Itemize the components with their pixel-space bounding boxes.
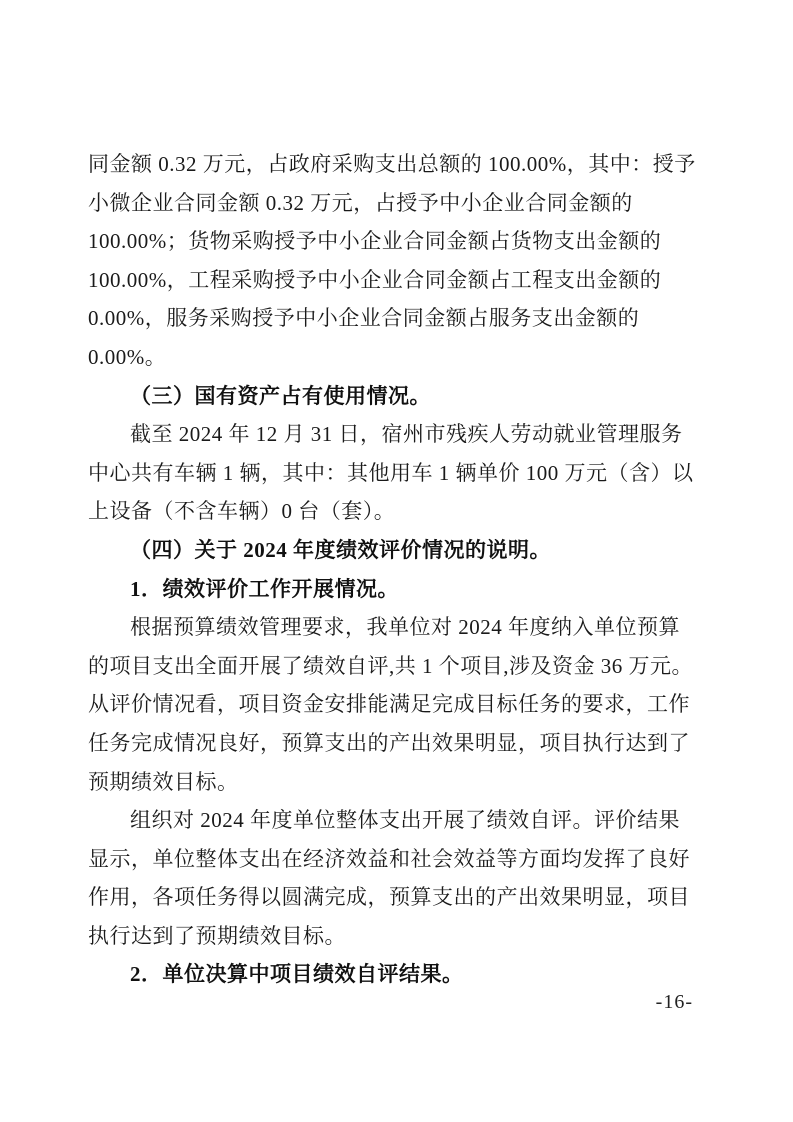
body-line: 组织对 2024 年度单位整体支出开展了绩效自评。评价结果 <box>88 801 705 840</box>
body-line: 从评价情况看，项目资金安排能满足完成目标任务的要求，工作 <box>88 685 705 724</box>
section-heading-state-assets: （三）国有资产占有使用情况。 <box>88 377 705 416</box>
body-line: 中心共有车辆 1 辆，其中：其他用车 1 辆单价 100 万元（含）以 <box>88 454 705 493</box>
body-line: 0.00%，服务采购授予中小企业合同金额占服务支出金额的 <box>88 299 705 338</box>
document-body: 同金额 0.32 万元，占政府采购支出总额的 100.00%，其中：授予 小微企… <box>88 145 705 994</box>
section-heading-performance-evaluation: （四）关于 2024 年度绩效评价情况的说明。 <box>88 531 705 570</box>
body-line: 作用，各项任务得以圆满完成，预算支出的产出效果明显，项目 <box>88 878 705 917</box>
document-page: 同金额 0.32 万元，占政府采购支出总额的 100.00%，其中：授予 小微企… <box>0 0 793 1122</box>
body-line: 的项目支出全面开展了绩效自评,共 1 个项目,涉及资金 36 万元。 <box>88 647 705 686</box>
page-number: -16- <box>656 991 693 1014</box>
body-line: 任务完成情况良好，预算支出的产出效果明显，项目执行达到了 <box>88 724 705 763</box>
subsection-heading-self-evaluation-results: 2．单位决算中项目绩效自评结果。 <box>88 955 705 994</box>
body-line: 上设备（不含车辆）0 台（套）。 <box>88 492 705 531</box>
body-line: 显示，单位整体支出在经济效益和社会效益等方面均发挥了良好 <box>88 840 705 879</box>
body-line: 同金额 0.32 万元，占政府采购支出总额的 100.00%，其中：授予 <box>88 145 705 184</box>
body-line: 0.00%。 <box>88 338 705 377</box>
body-line: 执行达到了预期绩效目标。 <box>88 917 705 956</box>
body-line: 截至 2024 年 12 月 31 日，宿州市残疾人劳动就业管理服务 <box>88 415 705 454</box>
body-line: 100.00%；货物采购授予中小企业合同金额占货物支出金额的 <box>88 222 705 261</box>
subsection-heading-evaluation-work: 1．绩效评价工作开展情况。 <box>88 570 705 609</box>
body-line: 根据预算绩效管理要求，我单位对 2024 年度纳入单位预算 <box>88 608 705 647</box>
body-line: 预期绩效目标。 <box>88 763 705 802</box>
body-line: 100.00%，工程采购授予中小企业合同金额占工程支出金额的 <box>88 261 705 300</box>
body-line: 小微企业合同金额 0.32 万元，占授予中小企业合同金额的 <box>88 184 705 223</box>
